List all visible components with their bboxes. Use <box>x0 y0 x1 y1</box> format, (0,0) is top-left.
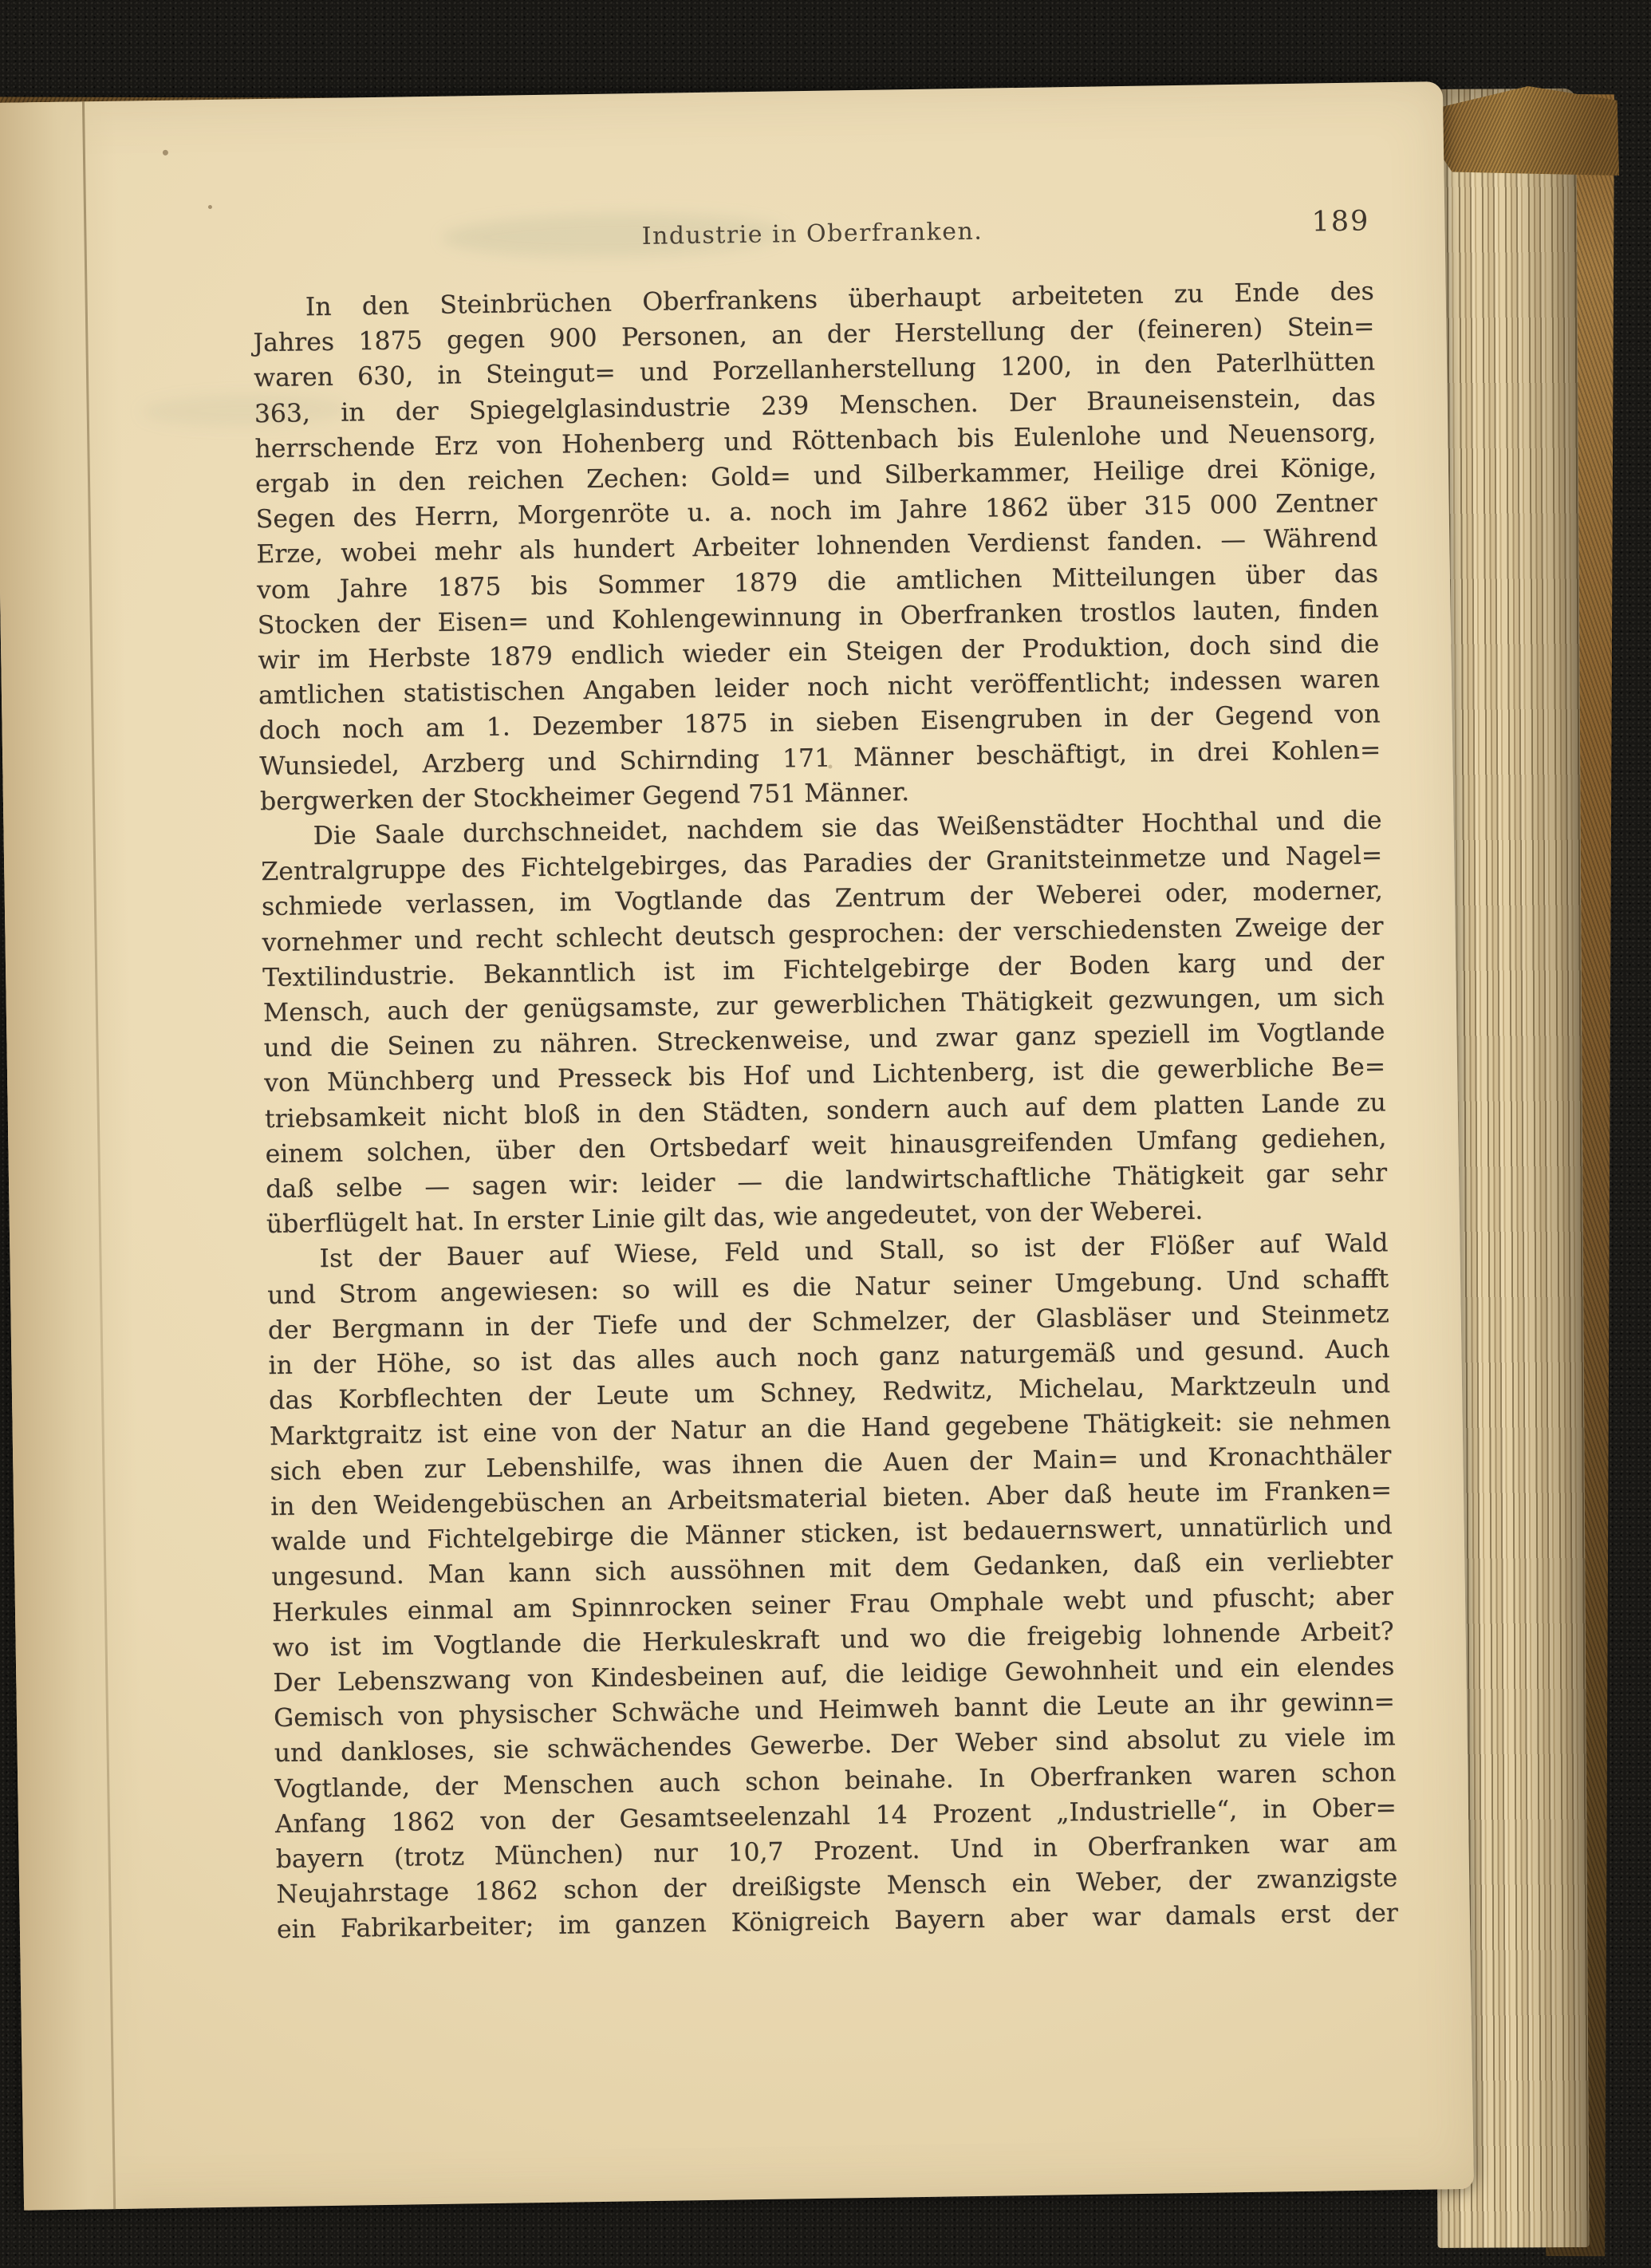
paragraph: Ist der Bauer auf Wiese, Feld und Stall,… <box>266 1226 1398 1948</box>
page-number: 189 <box>1311 205 1369 238</box>
page-gutter-shading <box>0 101 148 2211</box>
page-content: Industrie in Oberfranken. 189 In den Ste… <box>251 203 1398 1947</box>
page-gutter-fold <box>82 101 116 2209</box>
running-header: Industrie in Oberfranken. 189 <box>251 203 1373 271</box>
foxing-spot <box>208 205 212 209</box>
foxing-spot <box>163 150 168 156</box>
book-page: Industrie in Oberfranken. 189 In den Ste… <box>0 81 1474 2211</box>
paragraph: Die Saale durchschneidet, nachdem sie da… <box>260 803 1388 1242</box>
running-header-title: Industrie in Oberfranken. <box>641 218 983 250</box>
body-text: In den Steinbrüchen Oberfrankens überhau… <box>252 274 1398 1947</box>
photographed-book-scene: { "colors":{ "background":"#181714", "pa… <box>0 0 1651 2268</box>
paragraph: In den Steinbrüchen Oberfrankens überhau… <box>252 274 1381 819</box>
